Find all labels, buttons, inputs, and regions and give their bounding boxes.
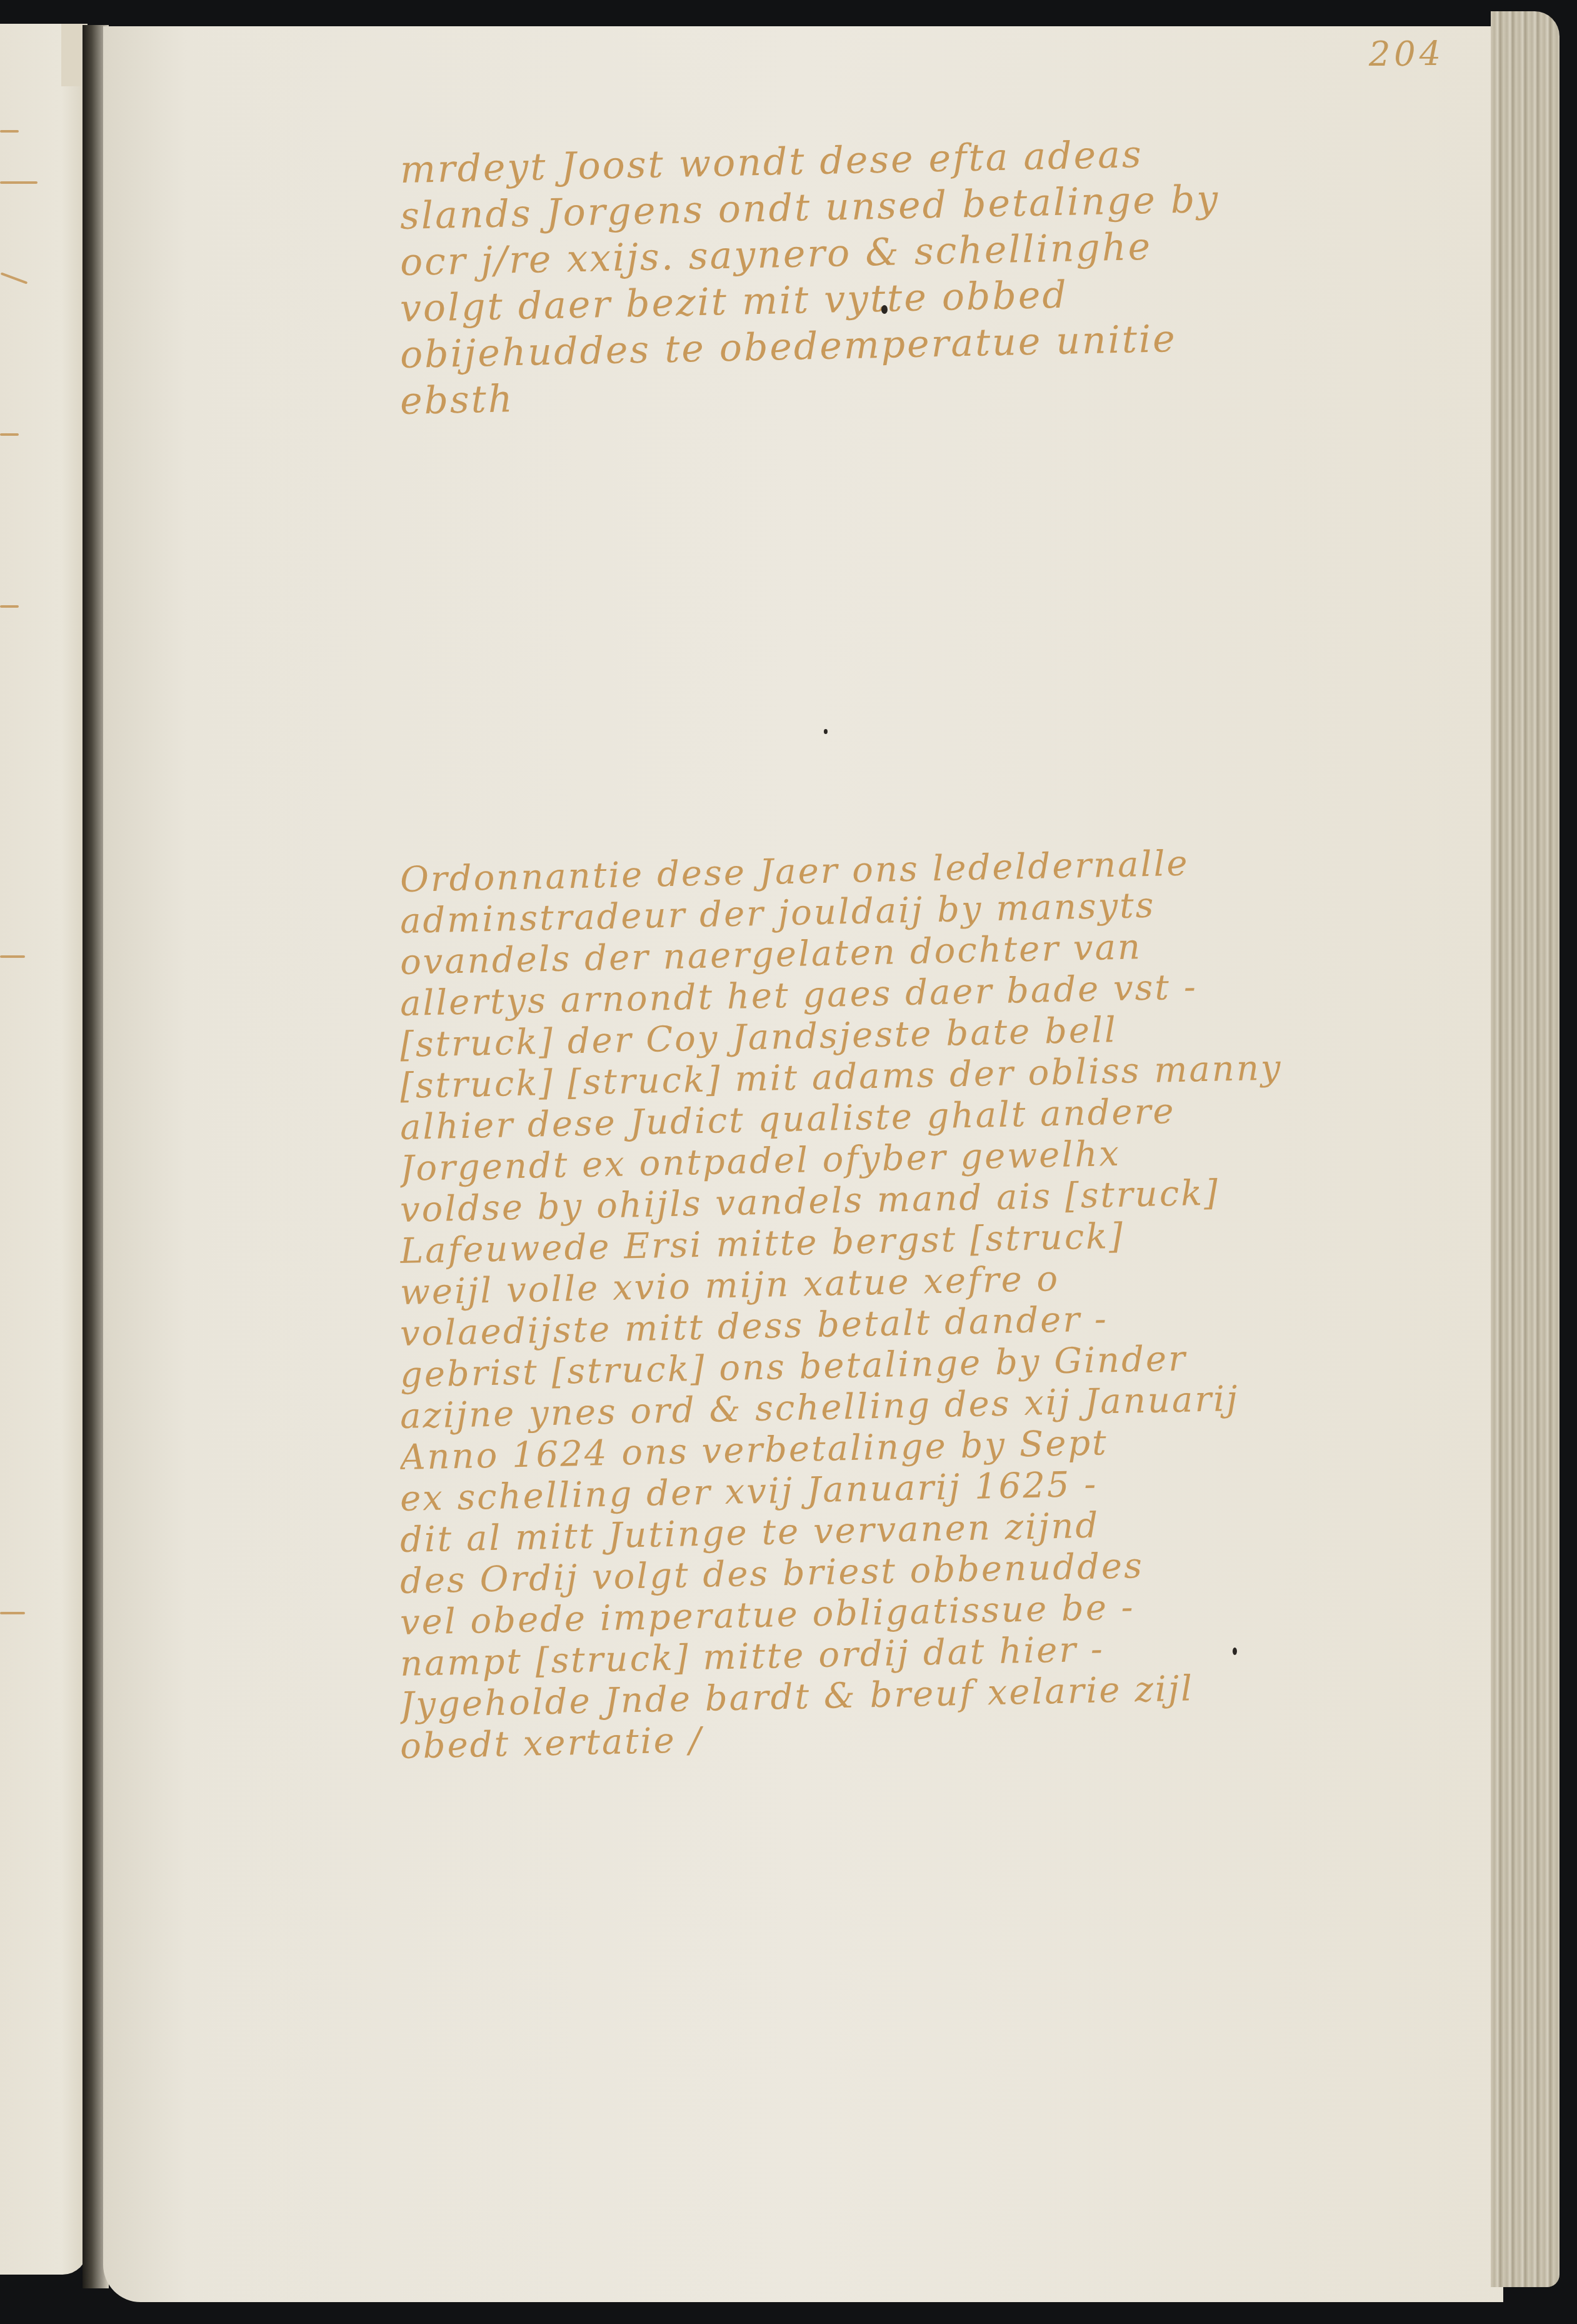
left-page-ink-mark xyxy=(1,272,28,284)
left-page-tab xyxy=(61,24,81,86)
left-page-ink-mark xyxy=(0,181,38,184)
facing-left-page xyxy=(0,24,88,2275)
folio-number: 204 xyxy=(1369,34,1444,74)
entry-2: Ordonnantie dese Jaer ons ledeldernalle … xyxy=(400,860,1475,1768)
left-page-ink-mark xyxy=(0,433,19,436)
page-fore-edge xyxy=(1491,11,1559,2287)
left-page-ink-mark xyxy=(0,955,25,958)
left-page-ink-mark xyxy=(0,605,19,608)
entry-1: mrdeyt Joost wondt dese efta adeas sland… xyxy=(400,147,1475,425)
ink-speck xyxy=(881,305,888,314)
ink-speck xyxy=(824,729,828,734)
left-page-ink-mark xyxy=(0,1612,25,1614)
left-page-ink-mark xyxy=(0,130,19,133)
